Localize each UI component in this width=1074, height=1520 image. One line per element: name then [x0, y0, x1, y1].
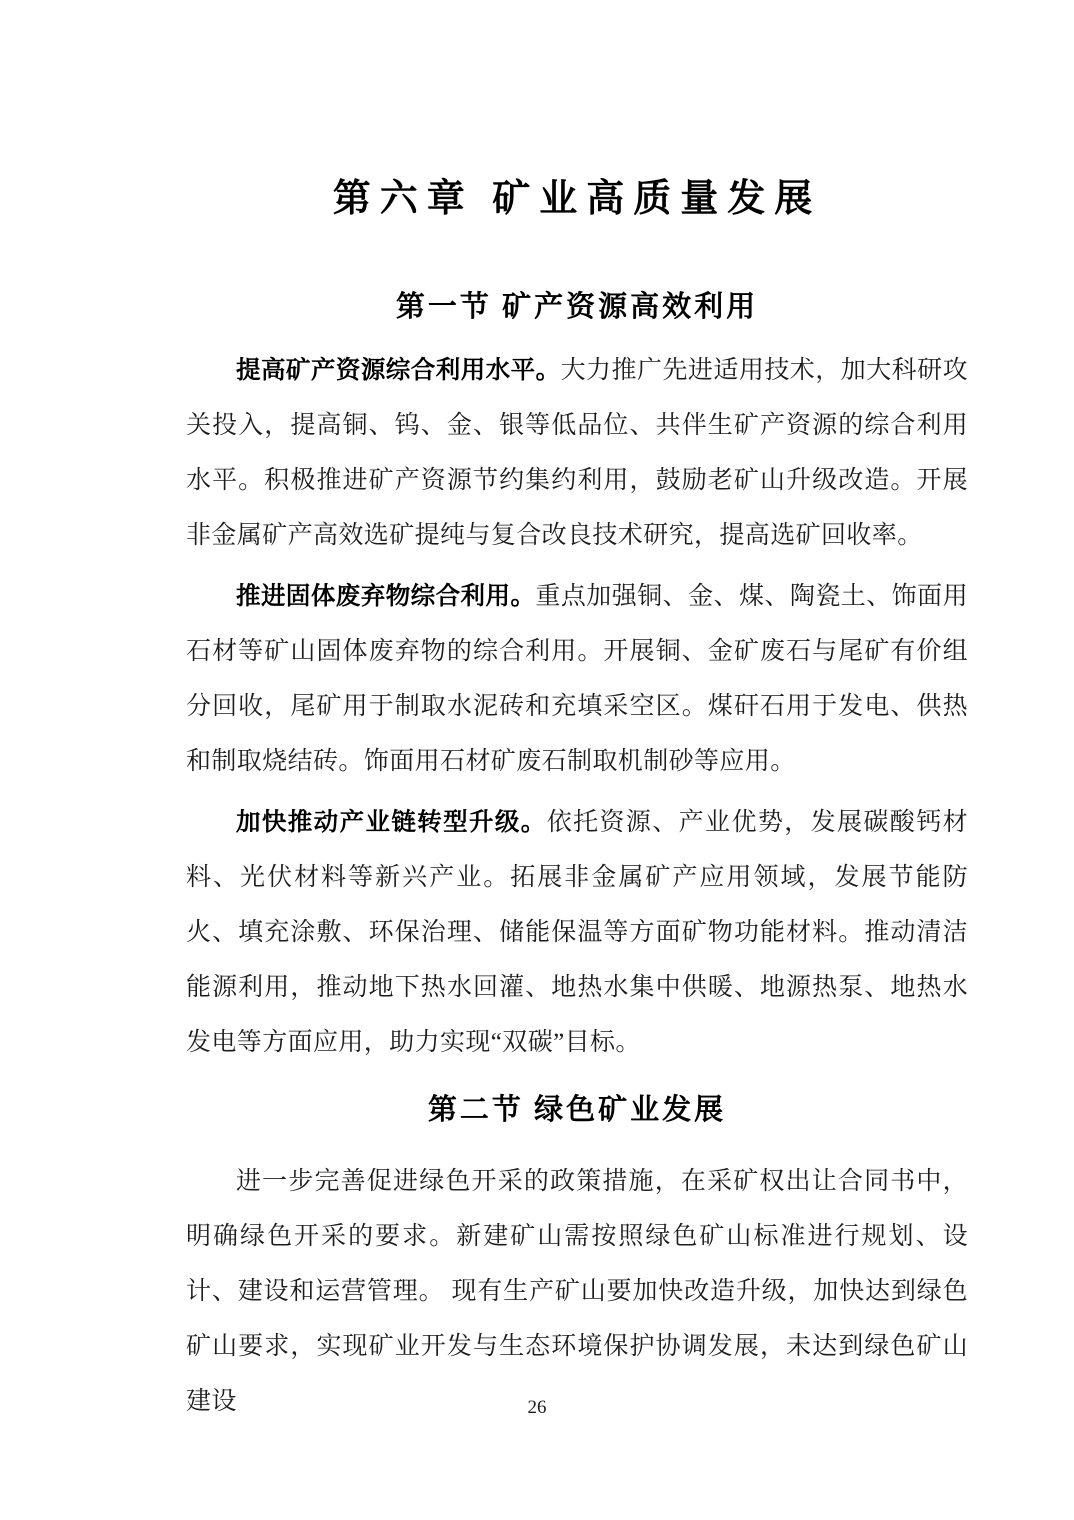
section-2-paragraphs: 进一步完善促进绿色开采的政策措施，在采矿权出让合同书中，明确绿色开采的要求。新建… [186, 1154, 968, 1429]
page-number: 26 [0, 1396, 1074, 1420]
paragraph-1: 提高矿产资源综合利用水平。大力推广先进适用技术，加大科研攻关投入，提高铜、钨、金… [186, 343, 968, 563]
section-2: 第二节 绿色矿业发展 进一步完善促进绿色开采的政策措施，在采矿权出让合同书中，明… [186, 1091, 968, 1429]
paragraph-3-text: 依托资源、产业优势，发展碳酸钙材料、光伏材料等新兴产业。拓展非金属矿产应用领域，… [186, 809, 968, 1056]
paragraph-2-lead: 推进固体废弃物综合利用。 [236, 583, 535, 610]
paragraph-2: 推进固体废弃物综合利用。重点加强铜、金、煤、陶瓷土、饰面用石材等矿山固体废弃物的… [186, 569, 968, 789]
section-2-heading: 第二节 绿色矿业发展 [186, 1091, 968, 1129]
paragraph-4: 进一步完善促进绿色开采的政策措施，在采矿权出让合同书中，明确绿色开采的要求。新建… [186, 1154, 968, 1429]
section-1: 第一节 矿产资源高效利用 提高矿产资源综合利用水平。大力推广先进适用技术，加大科… [186, 288, 968, 1070]
document-page: 第六章 矿业高质量发展 第一节 矿产资源高效利用 提高矿产资源综合利用水平。大力… [0, 0, 1074, 1520]
section-1-paragraphs: 提高矿产资源综合利用水平。大力推广先进适用技术，加大科研攻关投入，提高铜、钨、金… [186, 343, 968, 1070]
section-1-heading: 第一节 矿产资源高效利用 [186, 288, 968, 326]
paragraph-1-text: 大力推广先进适用技术，加大科研攻关投入，提高铜、钨、金、银等低品位、共伴生矿产资… [186, 357, 968, 549]
paragraph-4-text: 进一步完善促进绿色开采的政策措施，在采矿权出让合同书中，明确绿色开采的要求。新建… [186, 1168, 968, 1415]
paragraph-3-lead: 加快推动产业链转型升级。 [236, 809, 547, 836]
chapter-title: 第六章 矿业高质量发展 [186, 0, 968, 226]
paragraph-2-text: 重点加强铜、金、煤、陶瓷土、饰面用石材等矿山固体废弃物的综合利用。开展铜、金矿废… [186, 583, 968, 775]
paragraph-3: 加快推动产业链转型升级。依托资源、产业优势，发展碳酸钙材料、光伏材料等新兴产业。… [186, 795, 968, 1070]
paragraph-1-lead: 提高矿产资源综合利用水平。 [236, 357, 561, 384]
